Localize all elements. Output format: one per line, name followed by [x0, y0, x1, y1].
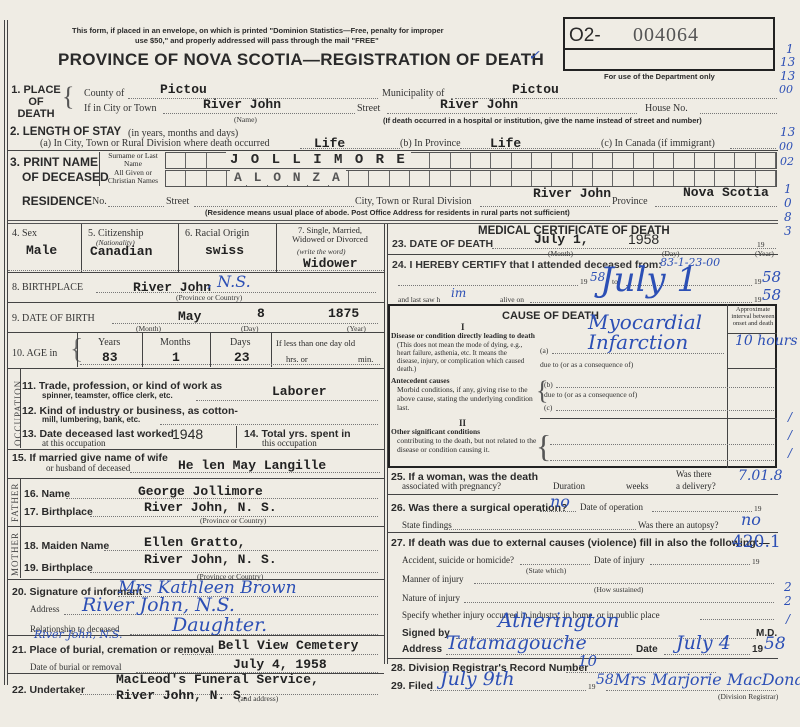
margin-mark: 2 — [784, 580, 792, 594]
citizenship-value: Canadian — [90, 244, 152, 259]
last-worked-value: 1948 — [172, 426, 203, 442]
street-label: Street — [357, 103, 380, 114]
margin-mark: 13 — [780, 69, 795, 83]
sex-value: Male — [26, 243, 57, 258]
dob-month: May — [178, 309, 201, 324]
brace: { — [62, 82, 74, 112]
pregnancy-code: 7.01.8 — [738, 468, 783, 484]
burial-date: July 4, 1958 — [233, 657, 327, 672]
margin-mark: / — [788, 428, 792, 442]
mail-notice-line1: This form, if placed in an envelope, on … — [72, 26, 444, 35]
attended-to-year: 58 — [762, 268, 781, 286]
informant-town-note: River John, N.S. — [34, 628, 123, 641]
margin-mark: / — [788, 446, 792, 460]
margin-mark: 2 — [784, 594, 792, 608]
filed-date: July 9th — [440, 668, 515, 690]
age-months: 1 — [172, 350, 180, 365]
physician-address: Tatamagouche — [446, 632, 587, 654]
reg-prefix: O2- — [569, 25, 601, 47]
dept-note: For use of the Department only — [604, 72, 715, 81]
form-left-border — [4, 20, 5, 685]
dob-year: 1875 — [328, 306, 359, 321]
form-title: PROVINCE OF NOVA SCOTIA—REGISTRATION OF … — [58, 50, 544, 70]
interval-value: 10 hours — [735, 333, 798, 349]
house-no-label: House No. — [645, 103, 688, 114]
reg-number: 004064 — [633, 24, 699, 47]
physician-signature: Atherington — [498, 608, 619, 632]
division-registrar-signature: Mrs Marjorie MacDonald — [614, 670, 800, 689]
informant-relationship: Daughter. — [172, 614, 267, 636]
burial-place: Bell View Cemetery — [218, 638, 358, 653]
hospital-note: (If death occurred in a hospital or inst… — [383, 116, 702, 125]
racial-origin-value: swiss — [205, 243, 244, 258]
dob-day: 8 — [257, 306, 265, 321]
autopsy-value: no — [741, 510, 761, 529]
filed-year: 58 — [596, 672, 614, 688]
margin-mark: 0 — [784, 196, 792, 210]
spouse-value: He len May Langille — [178, 458, 326, 473]
county-value: Pictou — [160, 82, 207, 97]
last-saw-him: im — [451, 286, 466, 300]
father-birthplace: River John, N. S. — [144, 500, 277, 515]
age-years: 83 — [102, 350, 118, 365]
marital-status-value: Widower — [303, 256, 358, 271]
margin-mark: / — [786, 612, 790, 626]
column-divider — [384, 224, 385, 664]
form-left-border-inner — [7, 20, 8, 685]
external-cause-code: 420.1 — [732, 532, 781, 552]
margin-mark: 1 — [786, 42, 794, 56]
undertaker-line1: MacLeod's Funeral Service, — [116, 672, 319, 687]
death-registration-form: This form, if placed in an envelope, on … — [0, 0, 800, 727]
margin-mark: 00 — [779, 83, 793, 96]
trade-value: Laborer — [272, 384, 327, 399]
margin-mark: 1 — [784, 182, 792, 196]
margin-mark: 3 — [784, 224, 792, 238]
signature-year: 58 — [764, 634, 786, 654]
cause-a-value: Myocardial Infarction — [588, 312, 728, 352]
stay-province-value: Life — [490, 136, 521, 151]
residence-label: RESIDENCE — [22, 194, 92, 208]
municipality-label: Municipality of — [382, 88, 445, 99]
informant-address: River John, N.S. — [82, 594, 235, 616]
margin-mark: 8 — [784, 210, 792, 224]
registration-number-box: O2- 004064 — [563, 17, 775, 71]
undertaker-line2: River John, N. S. — [116, 688, 249, 703]
birthplace-handwritten: , N.S. — [207, 272, 251, 291]
attended-date-handwritten: July 1 — [600, 260, 698, 300]
check-mark: ✓ — [528, 48, 540, 64]
mother-maiden-name: Ellen Gratto, — [144, 535, 245, 550]
margin-mark: 13 — [780, 125, 795, 139]
margin-mark: / — [788, 410, 792, 424]
place-of-death-label: 1. PLACE OF DEATH — [10, 84, 62, 120]
margin-mark: 02 — [780, 155, 794, 168]
surgical-operation-value: no — [550, 492, 570, 511]
margin-mark: 00 — [779, 140, 793, 153]
length-of-stay-label: 2. LENGTH OF STAY — [10, 126, 121, 138]
date-of-death-monthday: July 1, — [534, 232, 589, 247]
age-days: 23 — [234, 350, 250, 365]
street-value: River John — [440, 97, 518, 112]
city-label: If in City or Town — [84, 103, 156, 114]
stay-city-value: Life — [314, 136, 345, 151]
last-saw-year: 58 — [762, 286, 781, 304]
mother-birthplace: River John, N. S. — [144, 552, 277, 567]
record-number: 10 — [578, 652, 597, 670]
county-label: County of — [84, 88, 124, 99]
residence-province: Nova Scotia — [683, 185, 769, 200]
given-name-value: A L O N Z A — [230, 170, 346, 185]
cause-of-death-title: CAUSE OF DEATH — [502, 310, 599, 322]
mail-notice-line2: use $50," and properly addressed will pa… — [135, 36, 379, 45]
signature-date: July 4 — [676, 632, 731, 654]
date-of-death-year: 1958 — [628, 231, 659, 247]
father-name: George Jollimore — [138, 484, 263, 499]
surname-value: J O L L I M O R E — [226, 152, 411, 168]
municipality-value: Pictou — [512, 82, 559, 97]
city-value: River John — [203, 97, 281, 112]
margin-mark: 13 — [780, 55, 795, 69]
residence-city: River John — [533, 186, 611, 201]
